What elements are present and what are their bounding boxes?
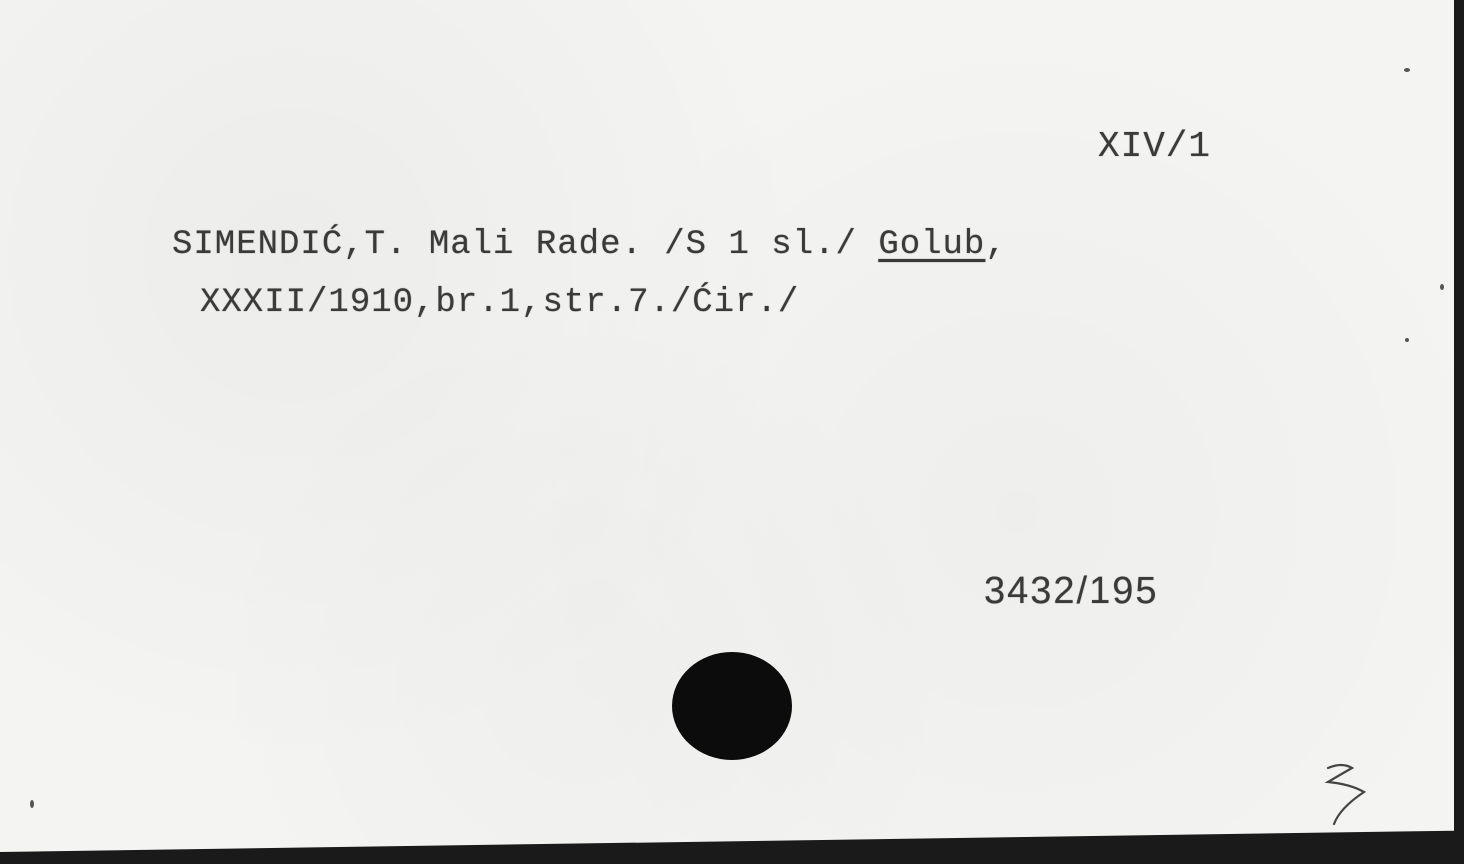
entry-line-2: XXXII/1910,br.1,str.7./Ćir./ <box>200 284 799 322</box>
call-number: XIV/1 <box>1098 126 1211 167</box>
speck <box>1405 338 1409 342</box>
entry-author-title: SIMENDIĆ,T. Mali Rade. /S 1 sl./ <box>172 226 878 264</box>
speck <box>1440 284 1444 290</box>
entry-comma: , <box>985 226 1006 264</box>
entry-source-title: Golub <box>878 226 985 264</box>
entry-line-1: SIMENDIĆ,T. Mali Rade. /S 1 sl./ Golub, <box>172 226 1007 264</box>
punch-hole-icon <box>672 652 792 760</box>
speck <box>30 800 34 808</box>
catalog-card: XIV/1 SIMENDIĆ,T. Mali Rade. /S 1 sl./ G… <box>0 0 1454 852</box>
speck <box>1404 68 1410 72</box>
handwritten-mark-icon <box>1320 762 1370 834</box>
accession-number: 3432/195 <box>984 570 1159 613</box>
